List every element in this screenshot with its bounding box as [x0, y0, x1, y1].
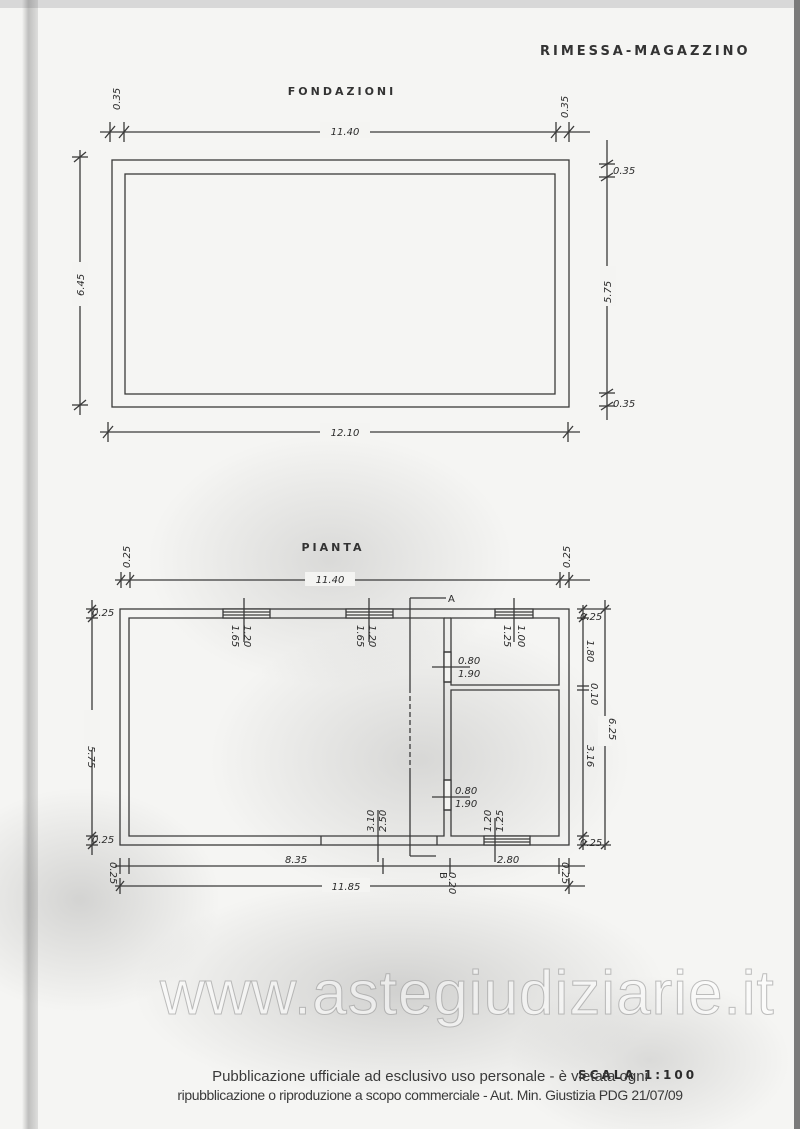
- door-upper-width: 0.80: [458, 656, 480, 667]
- dim-fond-right-bottom: 0.35: [613, 399, 635, 410]
- door-lower-width: 0.80: [455, 786, 477, 797]
- pianta-title: PIANTA: [301, 541, 364, 554]
- window-3-width: 1.00: [515, 625, 526, 647]
- window-bottom-height: 1.25: [495, 810, 506, 832]
- dim-pianta-bottom-total: 11.85: [332, 882, 361, 893]
- dim-pianta-left-inner: 5.75: [85, 746, 96, 768]
- legal-notice: Pubblicazione ufficiale ad esclusivo uso…: [130, 1068, 730, 1104]
- dim-pianta-bottom-main: 8.35: [285, 855, 307, 866]
- dim-pianta-top-span: 11.40: [316, 575, 345, 586]
- dim-pianta-right-lower: 3.16: [584, 745, 595, 767]
- dim-pianta-top-left: 0.25: [122, 546, 133, 568]
- window-bottom-width: 1.20: [483, 810, 494, 832]
- window-bottom-symbol: [484, 836, 530, 845]
- fondazioni-title: FONDAZIONI: [288, 85, 396, 98]
- dim-pianta-right-partition: 0.10: [588, 683, 599, 705]
- dim-fond-bottom-total: 12.10: [331, 428, 360, 439]
- plan-main-room: [129, 618, 444, 836]
- window-2-height: 1.65: [354, 625, 365, 647]
- dim-fond-top-right: 0.35: [560, 96, 571, 118]
- watermark: www.astegiudiziarie.it: [160, 958, 640, 1029]
- window-1-symbol: [223, 609, 270, 618]
- window-3-height: 1.25: [501, 625, 512, 647]
- dim-pianta-right-bottom: 0.25: [580, 838, 602, 849]
- dim-fond-right-inner: 5.75: [603, 281, 614, 303]
- door-lower-height: 1.90: [455, 799, 477, 810]
- legal-notice-line-1: Pubblicazione ufficiale ad esclusivo uso…: [130, 1068, 730, 1086]
- dim-fond-right-top: 0.35: [613, 166, 635, 177]
- door-upper-height: 1.90: [458, 669, 480, 680]
- dim-pianta-right-upper: 1.80: [584, 640, 595, 662]
- window-1-width: 1.20: [241, 625, 252, 647]
- dim-fond-left-total: 6.45: [76, 274, 87, 296]
- foundation-inner: [125, 174, 555, 394]
- dim-fond-top-left: 0.35: [112, 88, 123, 110]
- dim-pianta-left-top: 0.25: [92, 608, 114, 619]
- window-2-width: 1.20: [366, 625, 377, 647]
- dim-pianta-top-right: 0.25: [562, 546, 573, 568]
- window-1-height: 1.65: [229, 625, 240, 647]
- dim-pianta-left-bottom: 0.25: [92, 835, 114, 846]
- dim-pianta-bottom-partition: 0.20: [446, 872, 457, 894]
- dim-pianta-right-top: 0.25: [580, 612, 602, 623]
- main-door-height: 2.50: [378, 810, 389, 832]
- dim-pianta-bottom-right-room: 2.80: [497, 855, 519, 866]
- main-door-width: 3.10: [366, 810, 377, 832]
- foundation-outer: [112, 160, 569, 407]
- section-line: [410, 598, 446, 856]
- section-mark-a: A: [448, 594, 455, 605]
- dim-pianta-bottom-left: 0.25: [107, 862, 118, 884]
- dim-pianta-right-total: 6.25: [606, 718, 617, 740]
- legal-notice-line-2: ripubblicazione o riproduzione a scopo c…: [130, 1086, 730, 1104]
- dim-fond-top-span: 11.40: [331, 127, 360, 138]
